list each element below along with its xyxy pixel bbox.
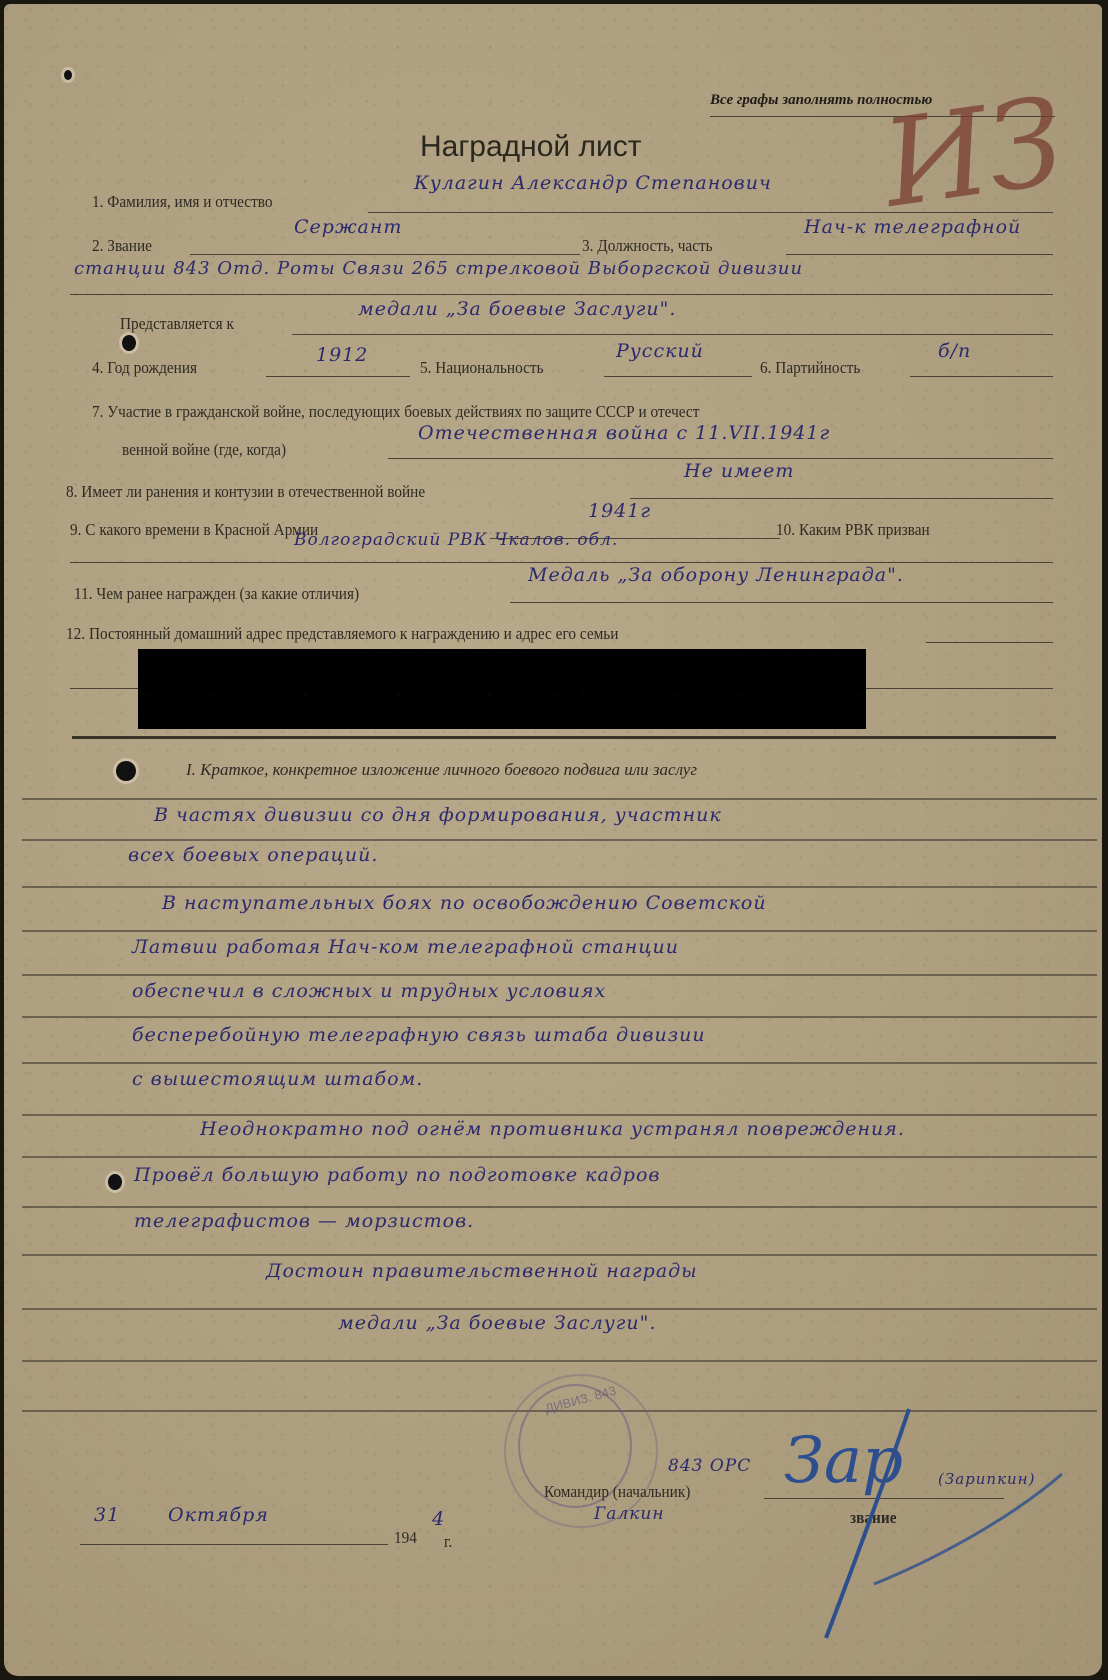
date-month: Октября <box>168 1504 269 1526</box>
date-year-digit: 4 <box>432 1508 445 1530</box>
date-line <box>80 1544 388 1545</box>
date-day: 31 <box>94 1504 120 1526</box>
award-sheet: Все графы заполнять полностью ИЗ Наградн… <box>4 4 1102 1676</box>
date-year-prefix: 194 <box>394 1528 417 1548</box>
signature-stroke <box>4 4 1104 1680</box>
date-year-suffix: г. <box>444 1532 452 1552</box>
